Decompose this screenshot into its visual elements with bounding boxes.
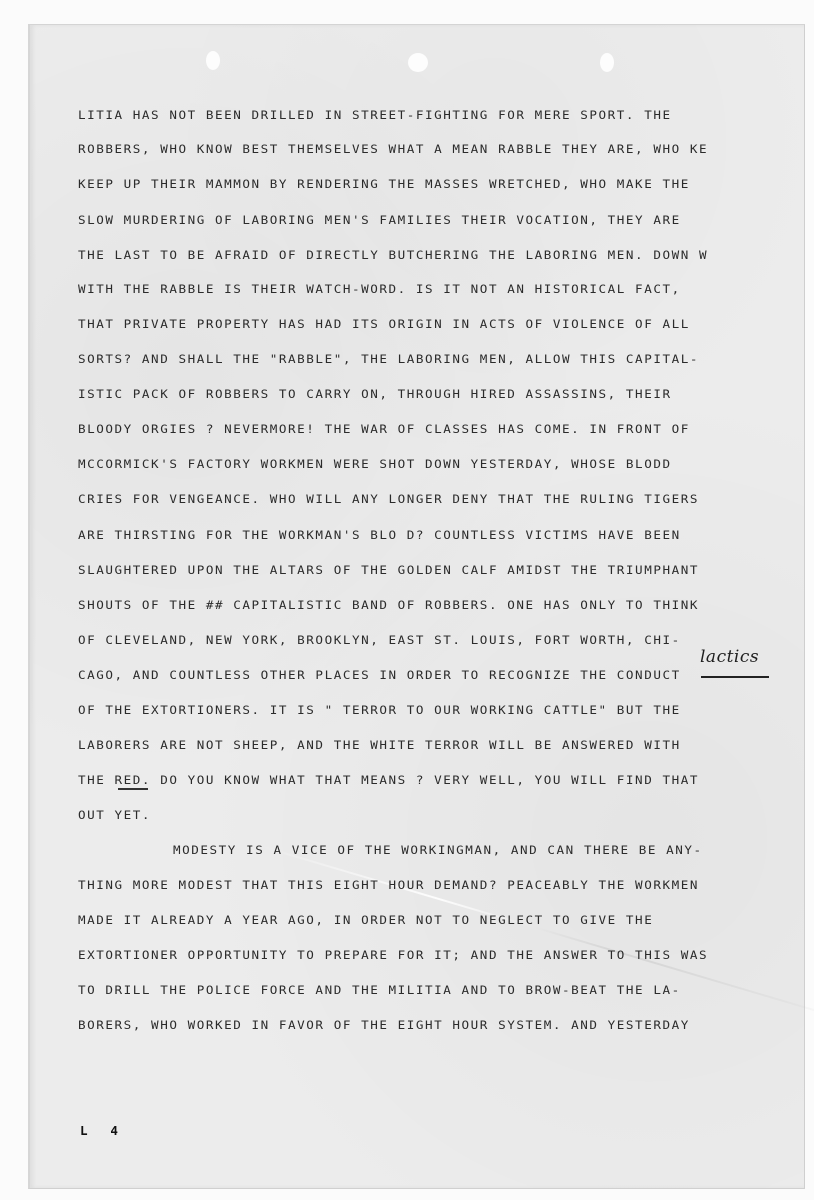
text-line: MADE IT ALREADY A YEAR AGO, IN ORDER NOT… <box>78 913 653 927</box>
paragraph-start-line: MODESTY IS A VICE OF THE WORKINGMAN, AND… <box>78 843 703 857</box>
text-line: WITH THE RABBLE IS THEIR WATCH-WORD. IS … <box>78 282 681 296</box>
text-line: THING MORE MODEST THAT THIS EIGHT HOUR D… <box>78 878 699 892</box>
text-line: MCCORMICK'S FACTORY WORKMEN WERE SHOT DO… <box>78 457 672 471</box>
text-line: THAT PRIVATE PROPERTY HAS HAD ITS ORIGIN… <box>78 317 690 331</box>
punch-hole-right <box>600 53 614 72</box>
text-line: CRIES FOR VENGEANCE. WHO WILL ANY LONGER… <box>78 492 699 506</box>
text-line: OUT YET. <box>78 808 151 822</box>
text-line: OF CLEVELAND, NEW YORK, BROOKLYN, EAST S… <box>78 633 681 647</box>
text-line: KEEP UP THEIR MAMMON BY RENDERING THE MA… <box>78 177 690 191</box>
text-line: THE LAST TO BE AFRAID OF DIRECTLY BUTCHE… <box>78 248 708 262</box>
text-line: ARE THIRSTING FOR THE WORKMAN'S BLO D? C… <box>78 528 681 542</box>
text-line: BLOODY ORGIES ? NEVERMORE! THE WAR OF CL… <box>78 422 690 436</box>
text-line: SHOUTS OF THE ## CAPITALISTIC BAND OF RO… <box>78 598 699 612</box>
text-line: TO DRILL THE POLICE FORCE AND THE MILITI… <box>78 983 681 997</box>
text-line: ROBBERS, WHO KNOW BEST THEMSELVES WHAT A… <box>78 142 708 156</box>
text-line: CAGO, AND COUNTLESS OTHER PLACES IN ORDE… <box>78 668 681 682</box>
punch-hole-center <box>408 53 428 72</box>
handwritten-correction: lactics <box>700 647 759 667</box>
underline-mark <box>118 788 148 790</box>
text-line: SLOW MURDERING OF LABORING MEN'S FAMILIE… <box>78 213 681 227</box>
text-line: LABORERS ARE NOT SHEEP, AND THE WHITE TE… <box>78 738 681 752</box>
text-line: THE RED. DO YOU KNOW WHAT THAT MEANS ? V… <box>78 773 699 787</box>
text-line: BORERS, WHO WORKED IN FAVOR OF THE EIGHT… <box>78 1018 690 1032</box>
text-line: OF THE EXTORTIONERS. IT IS " TERROR TO O… <box>78 703 681 717</box>
strikethrough-mark <box>701 676 769 678</box>
text-line: LITIA HAS NOT BEEN DRILLED IN STREET-FIG… <box>78 108 672 122</box>
document-page: LITIA HAS NOT BEEN DRILLED IN STREET-FIG… <box>28 24 805 1189</box>
text-line: EXTORTIONER OPPORTUNITY TO PREPARE FOR I… <box>78 948 708 962</box>
punch-hole-left <box>206 51 220 70</box>
page-marker: L 4 <box>80 1123 118 1138</box>
text-line: SORTS? AND SHALL THE "RABBLE", THE LABOR… <box>78 352 699 366</box>
text-line: ISTIC PACK OF ROBBERS TO CARRY ON, THROU… <box>78 387 672 401</box>
text-line: SLAUGHTERED UPON THE ALTARS OF THE GOLDE… <box>78 563 699 577</box>
